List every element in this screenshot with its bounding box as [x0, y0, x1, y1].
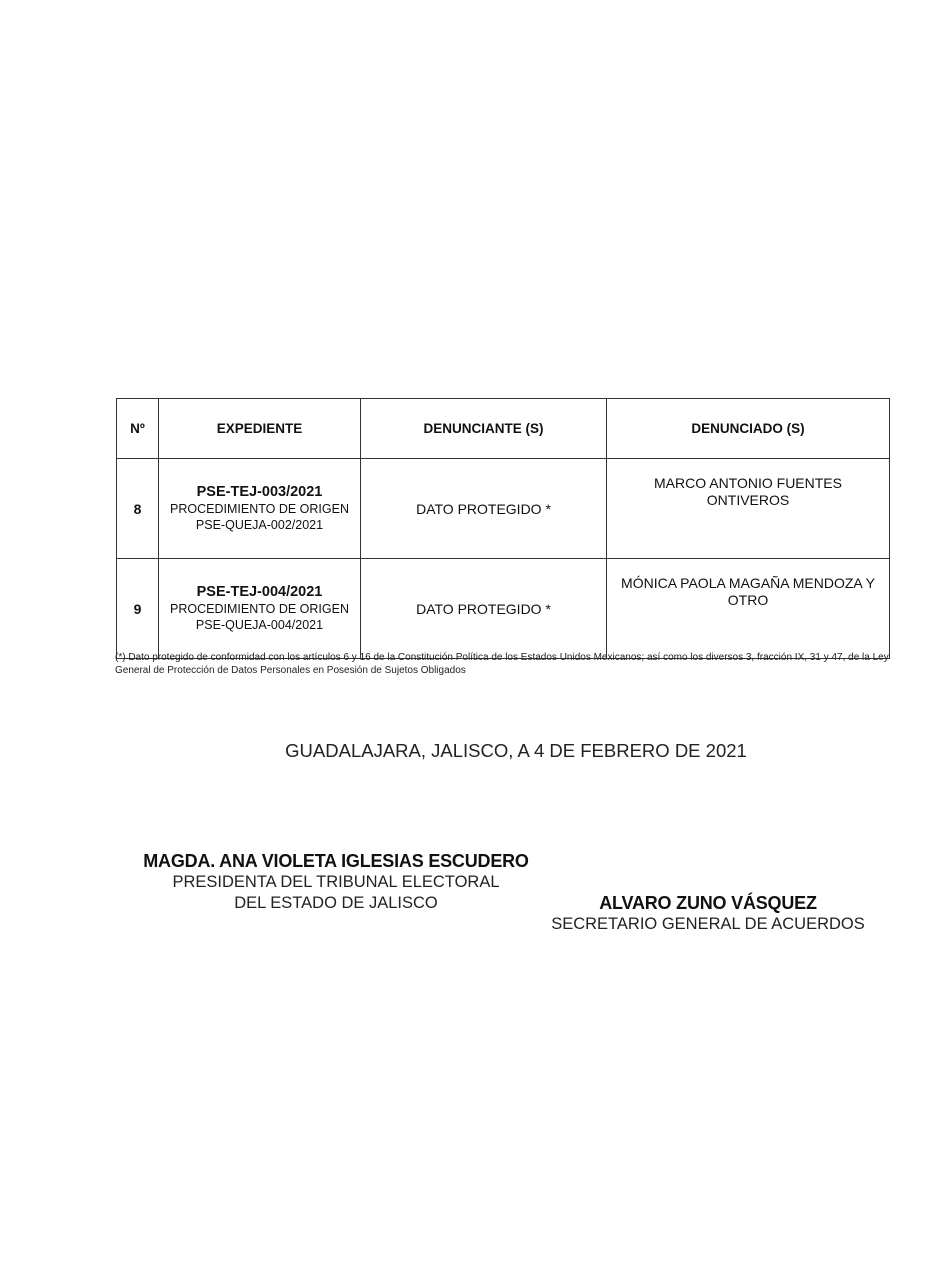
table-row: 9 PSE-TEJ-004/2021 PROCEDIMIENTO DE ORIG… — [117, 559, 890, 659]
footnote: (*) Dato protegido de conformidad con lo… — [115, 651, 895, 677]
header-denunciante: DENUNCIANTE (S) — [361, 399, 607, 459]
expediente-cell: PSE-TEJ-003/2021 PROCEDIMIENTO DE ORIGEN… — [159, 459, 361, 559]
signatory-role: SECRETARIO GENERAL DE ACUERDOS — [528, 914, 888, 935]
header-denunciado: DENUNCIADO (S) — [607, 399, 890, 459]
expediente-origin-id: PSE-QUEJA-002/2021 — [163, 517, 356, 533]
signatory-role: PRESIDENTA DEL TRIBUNAL ELECTORAL — [116, 872, 556, 893]
expediente-id: PSE-TEJ-004/2021 — [163, 584, 356, 601]
table-row: 8 PSE-TEJ-003/2021 PROCEDIMIENTO DE ORIG… — [117, 459, 890, 559]
signatory-name: ALVARO ZUNO VÁSQUEZ — [528, 892, 888, 914]
signature-block-president: MAGDA. ANA VIOLETA IGLESIAS ESCUDERO PRE… — [116, 850, 556, 914]
expediente-origin-id: PSE-QUEJA-004/2021 — [163, 617, 356, 633]
table-header-row: Nº EXPEDIENTE DENUNCIANTE (S) DENUNCIADO… — [117, 399, 890, 459]
denunciado-cell: MARCO ANTONIO FUENTES ONTIVEROS — [607, 459, 890, 559]
expediente-cell: PSE-TEJ-004/2021 PROCEDIMIENTO DE ORIGEN… — [159, 559, 361, 659]
header-expediente: EXPEDIENTE — [159, 399, 361, 459]
row-number: 9 — [117, 559, 159, 659]
expedientes-table: Nº EXPEDIENTE DENUNCIANTE (S) DENUNCIADO… — [116, 398, 890, 659]
row-number: 8 — [117, 459, 159, 559]
signatory-role: DEL ESTADO DE JALISCO — [116, 893, 556, 914]
expediente-origin-label: PROCEDIMIENTO DE ORIGEN — [163, 601, 356, 617]
signatory-name: MAGDA. ANA VIOLETA IGLESIAS ESCUDERO — [116, 850, 556, 872]
denunciante-cell: DATO PROTEGIDO * — [361, 459, 607, 559]
expediente-id: PSE-TEJ-003/2021 — [163, 484, 356, 501]
denunciado-cell: MÓNICA PAOLA MAGAÑA MENDOZA Y OTRO — [607, 559, 890, 659]
denunciante-cell: DATO PROTEGIDO * — [361, 559, 607, 659]
signature-block-secretary: ALVARO ZUNO VÁSQUEZ SECRETARIO GENERAL D… — [528, 892, 888, 935]
place-date: GUADALAJARA, JALISCO, A 4 DE FEBRERO DE … — [0, 740, 949, 762]
header-no: Nº — [117, 399, 159, 459]
expediente-origin-label: PROCEDIMIENTO DE ORIGEN — [163, 501, 356, 517]
